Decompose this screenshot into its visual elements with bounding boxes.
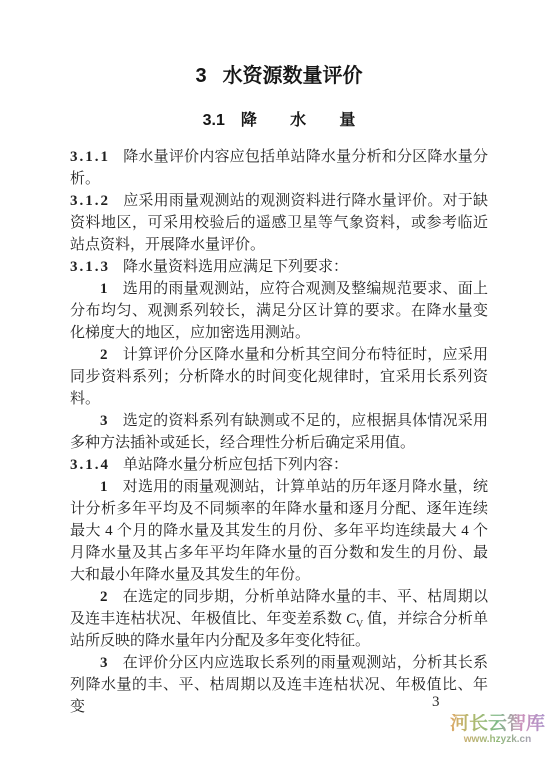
clause-text: 应采用雨量观测站的观测资料进行降水量评价。对于缺资料地区，可采用校验后的遥感卫星… (70, 193, 488, 253)
list-item-2: 2计算评价分区降水量和分析其空间分布特征时，应采用同步资料系列；分析降水的时间变… (70, 344, 488, 410)
item-text: 对选用的雨量观测站，计算单站的历年逐月降水量，统计分析多年平均及不同频率的年降水… (70, 479, 488, 583)
clause-3-1-2: 3.1.2应采用雨量观测站的观测资料进行降水量评价。对于缺资料地区，可采用校验后… (70, 190, 488, 256)
document-body: 3.1.1降水量评价内容应包括单站降水量分析和分区降水量分析。 3.1.2应采用… (70, 146, 488, 718)
clause-text: 降水量评价内容应包括单站降水量分析和分区降水量分析。 (70, 149, 488, 187)
chapter-title-text: 水资源数量评价 (223, 65, 363, 87)
page-number: 3 (432, 694, 440, 711)
clause-3-1-4: 3.1.4单站降水量分析应包括下列内容： (70, 454, 488, 476)
clause-3-1-3: 3.1.3降水量资料选用应满足下列要求： (70, 256, 488, 278)
clause-number: 3.1.2 (70, 193, 110, 209)
watermark-logo-text: 河长云智库 (450, 714, 545, 734)
item-text: 选定的资料系列有缺测或不足的，应根据具体情况采用多种方法插补或延长，经合理性分析… (70, 413, 488, 451)
item-number: 3 (100, 413, 110, 429)
item-number: 1 (100, 281, 110, 297)
list-item-2b: 2在选定的同步期，分析单站降水量的丰、平、枯周期以及连丰连枯状况、年极值比、年变… (70, 586, 488, 652)
item-text: 选用的雨量观测站，应符合观测及整编规范要求、面上分布均匀、观测系列较长，满足分区… (70, 281, 488, 341)
section-title-text: 降 水 量 (241, 112, 370, 129)
clause-text: 单站降水量分析应包括下列内容： (123, 457, 348, 473)
chapter-number: 3 (195, 65, 206, 87)
item-number: 2 (100, 589, 110, 605)
item-text: 计算评价分区降水量和分析其空间分布特征时，应采用同步资料系列；分析降水的时间变化… (70, 347, 488, 407)
clause-number: 3.1.4 (70, 457, 110, 473)
section-number: 3.1 (203, 112, 225, 129)
item-number: 3 (100, 655, 110, 671)
cv-variable: C (346, 611, 356, 627)
clause-text: 降水量资料选用应满足下列要求： (123, 259, 348, 275)
list-item-1: 1选用的雨量观测站，应符合观测及整编规范要求、面上分布均匀、观测系列较长，满足分… (70, 278, 488, 344)
watermark-url: www.hzyzk.cn (450, 734, 545, 746)
list-item-1b: 1对选用的雨量观测站，计算单站的历年逐月降水量，统计分析多年平均及不同频率的年降… (70, 476, 488, 586)
document-page: 3水资源数量评价 3.1降 水 量 3.1.1降水量评价内容应包括单站降水量分析… (0, 0, 554, 758)
section-heading: 3.1降 水 量 (70, 112, 488, 130)
item-number: 2 (100, 347, 110, 363)
clause-3-1-1: 3.1.1降水量评价内容应包括单站降水量分析和分区降水量分析。 (70, 146, 488, 190)
clause-number: 3.1.1 (70, 149, 110, 165)
list-item-3b: 3在评价分区内应选取长系列的雨量观测站，分析其长系列降水量的丰、平、枯周期以及连… (70, 652, 488, 718)
chapter-heading: 3水资源数量评价 (70, 64, 488, 88)
item-text: 在评价分区内应选取长系列的雨量观测站，分析其长系列降水量的丰、平、枯周期以及连丰… (70, 655, 488, 715)
watermark: 河长云智库 www.hzyzk.cn (450, 714, 545, 746)
clause-number: 3.1.3 (70, 259, 110, 275)
item-number: 1 (100, 479, 110, 495)
list-item-3: 3选定的资料系列有缺测或不足的，应根据具体情况采用多种方法插补或延长，经合理性分… (70, 410, 488, 454)
